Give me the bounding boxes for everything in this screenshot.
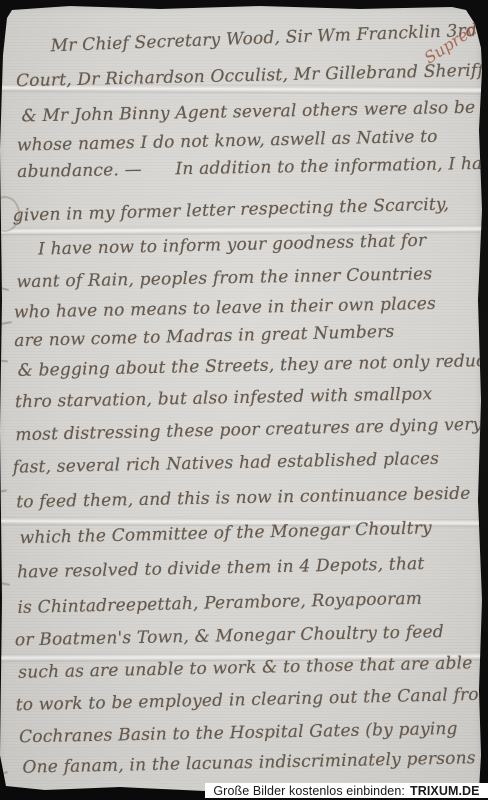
letter-line: to work to be employed in clearing out t… xyxy=(15,684,488,715)
letter-line: I have now to inform your goodness that … xyxy=(38,231,427,260)
letter-body: Mr Chief Secretary Wood, Sir Wm Franckli… xyxy=(0,0,488,800)
letter-line: whose names I do not know, aswell as Nat… xyxy=(17,127,438,156)
letter-line: which the Committee of the Monegar Choul… xyxy=(19,518,432,548)
letter-line: want of Rain, peoples from the inner Cou… xyxy=(16,264,432,292)
letter-line: given in my former letter respecting the… xyxy=(12,194,449,225)
letter-line: have resolved to divide them in 4 Depots… xyxy=(17,554,425,583)
photo-frame: Mr Chief Secretary Wood, Sir Wm Franckli… xyxy=(0,0,488,800)
letter-paper: Mr Chief Secretary Wood, Sir Wm Franckli… xyxy=(0,0,488,800)
letter-line: is Chintadreepettah, Perambore, Royapoor… xyxy=(17,589,422,618)
watermark-bar: Große Bilder kostenlos einbinden: TRIXUM… xyxy=(205,783,488,798)
watermark-text: Große Bilder kostenlos einbinden: xyxy=(213,784,405,798)
letter-line: Cochranes Basin to the Hospital Gates (b… xyxy=(19,719,458,747)
letter-line: Court, Dr Richardson Occulist, Mr Gilleb… xyxy=(16,61,488,92)
letter-line: are now come to Madras in great Numbers xyxy=(14,322,395,351)
letter-line: to feed them, and this is now in continu… xyxy=(16,484,471,513)
watermark-brand: TRIXUM.DE xyxy=(410,784,480,798)
letter-line: who have no means to leave in their own … xyxy=(14,294,436,323)
letter-line: & begging about the Streets, they are no… xyxy=(17,351,488,381)
letter-line: or Boatmen's Town, & Monegar Choultry to… xyxy=(15,622,444,650)
letter-line: & Mr John Binny Agent several others wer… xyxy=(21,97,488,126)
letter-line: fast, several rich Natives had establish… xyxy=(13,449,440,478)
letter-line: abundance. — In addition to the informat… xyxy=(17,154,488,182)
letter-line: such as are unable to work & to those th… xyxy=(18,653,473,683)
letter-line: One fanam, in the lacunas indiscriminate… xyxy=(22,748,476,777)
letter-line: most distressing these poor creatures ar… xyxy=(15,415,482,446)
letter-line: thro starvation, but also infested with … xyxy=(15,384,433,412)
